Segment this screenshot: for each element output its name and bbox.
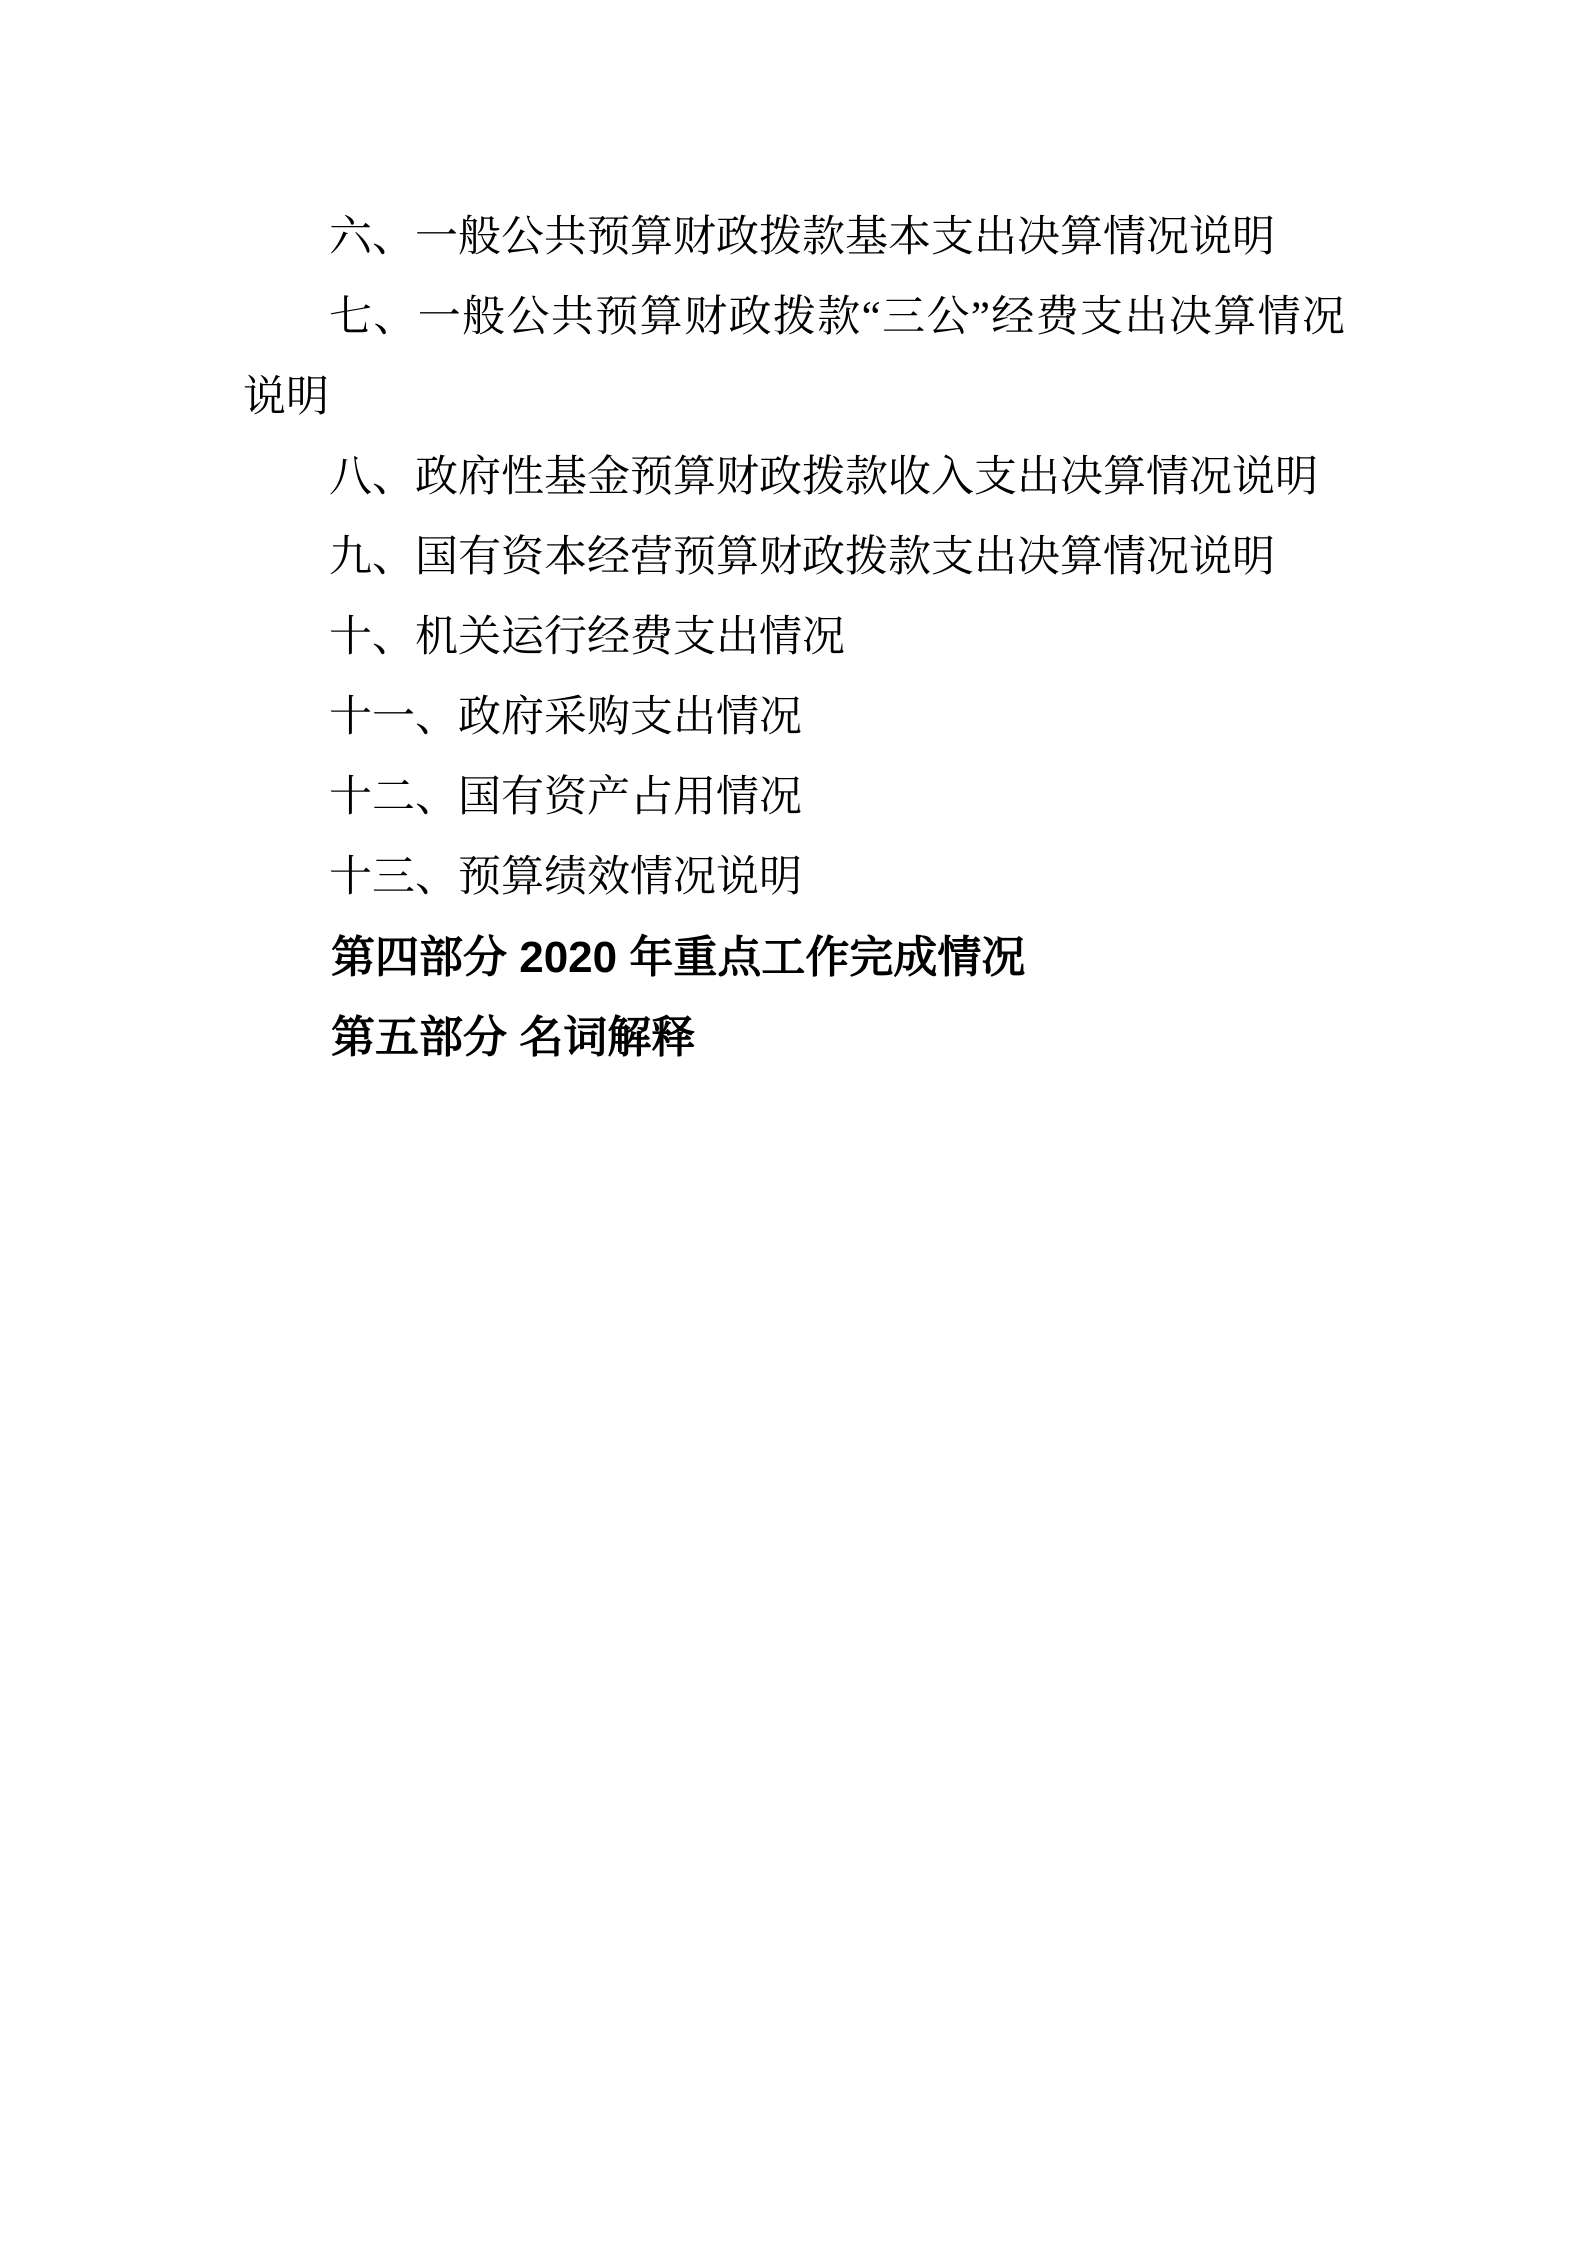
toc-item-11: 十一、政府采购支出情况 <box>243 678 1345 758</box>
toc-item-6: 六、一般公共预算财政拨款基本支出决算情况说明 <box>243 198 1345 278</box>
document-page: 六、一般公共预算财政拨款基本支出决算情况说明 七、一般公共预算财政拨款“三公”经… <box>0 0 1588 2246</box>
toc-heading-part4: 第四部分 2020 年重点工作完成情况 <box>243 918 1345 998</box>
toc-item-7: 七、一般公共预算财政拨款“三公”经费支出决算情况说明 <box>243 278 1345 438</box>
toc-section: 六、一般公共预算财政拨款基本支出决算情况说明 七、一般公共预算财政拨款“三公”经… <box>243 198 1345 1078</box>
toc-item-8: 八、政府性基金预算财政拨款收入支出决算情况说明 <box>243 438 1345 518</box>
toc-item-12: 十二、国有资产占用情况 <box>243 758 1345 838</box>
toc-item-10: 十、机关运行经费支出情况 <box>243 598 1345 678</box>
toc-heading-part5: 第五部分 名词解释 <box>243 998 1345 1078</box>
toc-item-9: 九、国有资本经营预算财政拨款支出决算情况说明 <box>243 518 1345 598</box>
toc-item-13: 十三、预算绩效情况说明 <box>243 838 1345 918</box>
